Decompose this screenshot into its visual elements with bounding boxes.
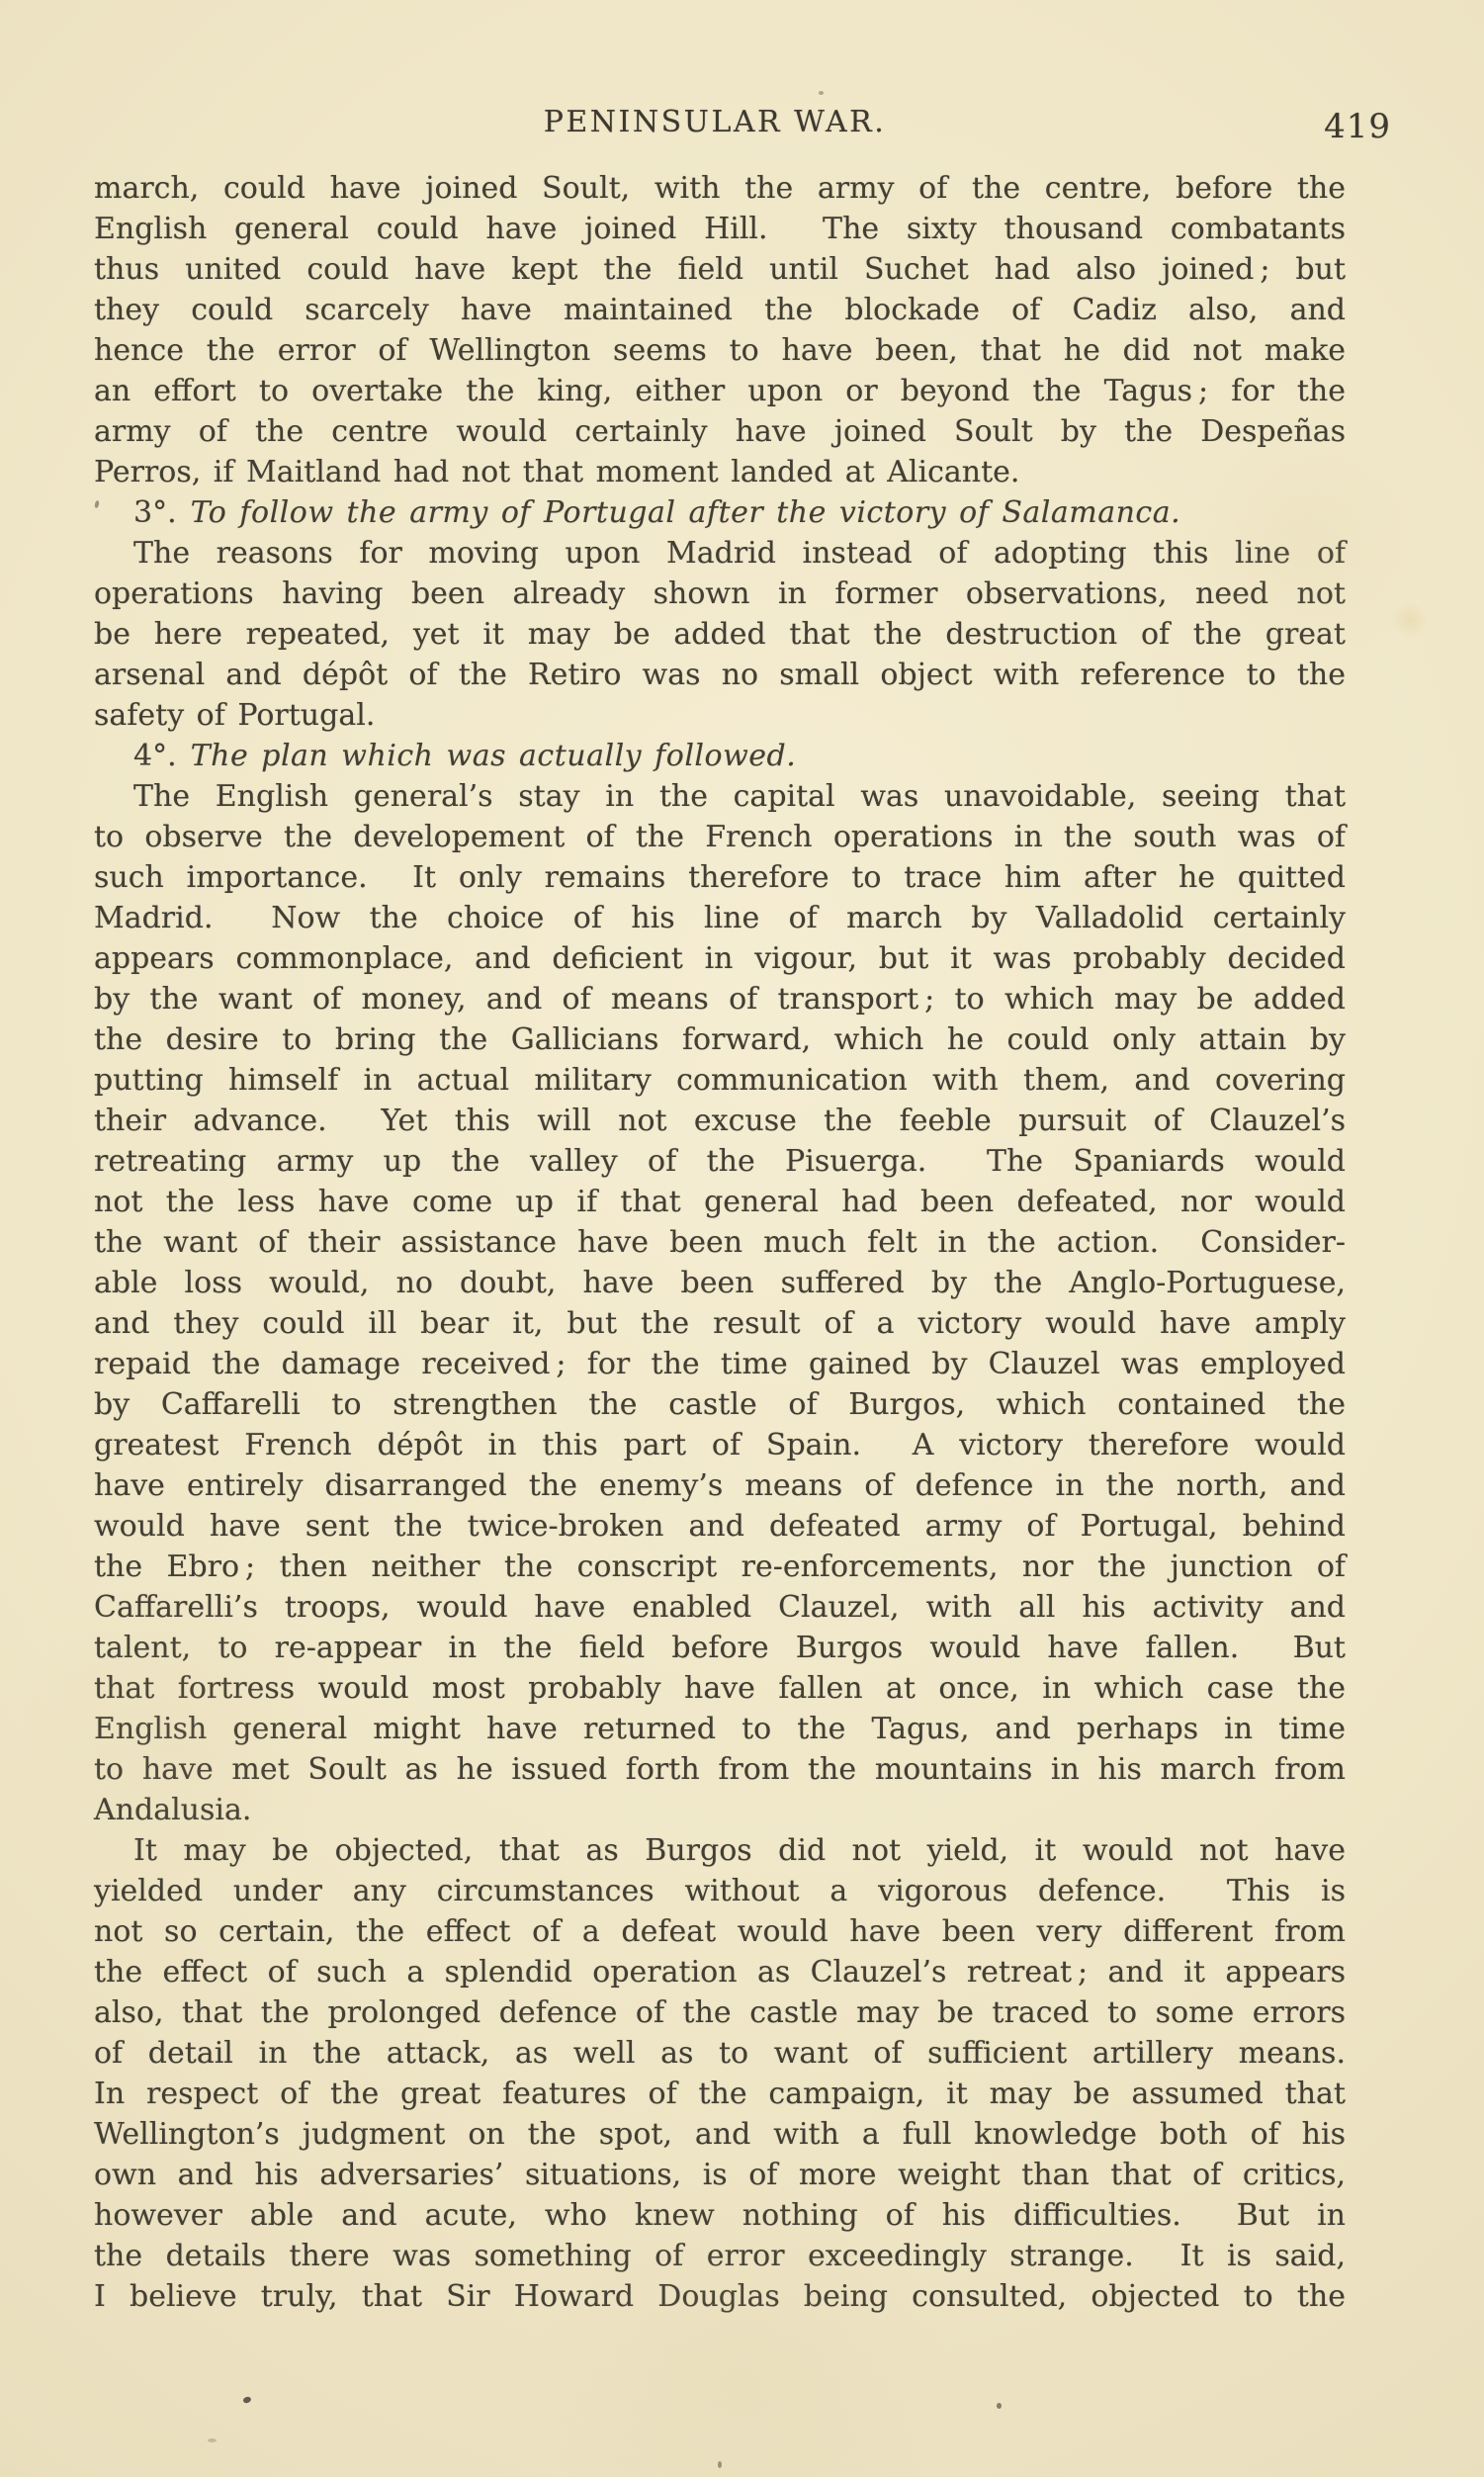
- text-line: own and his adversaries’ situations, is …: [94, 2155, 1346, 2195]
- heading-text: The plan which was actually followed.: [191, 739, 797, 773]
- page-title: PENINSULAR WAR.: [94, 105, 1336, 139]
- page-body: march, could have joined Soult, with the…: [94, 168, 1346, 2317]
- paper-speck: [208, 2438, 217, 2442]
- text-line: have entirely disarranged the enemy’s me…: [94, 1465, 1346, 1506]
- text-line: I believe truly, that Sir Howard Douglas…: [94, 2276, 1346, 2317]
- text-line: repaid the damage received ; for the tim…: [94, 1344, 1346, 1384]
- text-line: In respect of the great features of the …: [94, 2074, 1346, 2114]
- text-line: appears commonplace, and deficient in vi…: [94, 938, 1346, 979]
- text-line: march, could have joined Soult, with the…: [94, 168, 1346, 209]
- book-page-scan: PENINSULAR WAR. 419 march, could have jo…: [0, 0, 1484, 2477]
- paper-speck: [718, 2461, 722, 2468]
- text-line: putting himself in actual military commu…: [94, 1060, 1346, 1101]
- text-line: English general might have returned to t…: [94, 1709, 1346, 1749]
- text-line: the effect of such a splendid operation …: [94, 1952, 1346, 1992]
- text-line: by Caffarelli to strengthen the castle o…: [94, 1384, 1346, 1425]
- heading-line: 4°.The plan which was actually followed.: [94, 736, 1346, 776]
- text-line: English general could have joined Hill. …: [94, 209, 1346, 249]
- text-line: Caffarelli’s troops, would have enabled …: [94, 1587, 1346, 1628]
- text-line: that fortress would most probably have f…: [94, 1668, 1346, 1709]
- text-line: such importance. It only remains therefo…: [94, 857, 1346, 898]
- heading-ordinal: 3°.: [133, 495, 177, 530]
- text-line: Madrid. Now the choice of his line of ma…: [94, 898, 1346, 938]
- text-line: the desire to bring the Gallicians forwa…: [94, 1019, 1346, 1060]
- heading-line: 3°.To follow the army of Portugal after …: [94, 492, 1346, 533]
- text-line: the want of their assistance have been m…: [94, 1222, 1346, 1263]
- page-number: 419: [1324, 107, 1391, 146]
- text-line: Wellington’s judgment on the spot, and w…: [94, 2114, 1346, 2155]
- text-line: The English general’s stay in the capita…: [94, 776, 1346, 817]
- text-line: of detail in the attack, as well as to w…: [94, 2033, 1346, 2074]
- text-line: be here repeated, yet it may be added th…: [94, 614, 1346, 655]
- text-line: an effort to overtake the king, either u…: [94, 371, 1346, 411]
- text-line: thus united could have kept the field un…: [94, 249, 1346, 290]
- text-line: It may be objected, that as Burgos did n…: [94, 1830, 1346, 1871]
- text-line: The reasons for moving upon Madrid inste…: [94, 533, 1346, 574]
- text-line: operations having been already shown in …: [94, 574, 1346, 614]
- text-line: not the less have come up if that genera…: [94, 1182, 1346, 1222]
- text-line: talent, to re-appear in the field before…: [94, 1628, 1346, 1668]
- text-line: Andalusia.: [94, 1790, 1346, 1830]
- text-line: their advance. Yet this will not excuse …: [94, 1101, 1346, 1141]
- text-line: not so certain, the effect of a defeat w…: [94, 1911, 1346, 1952]
- text-line: to observe the developement of the Frenc…: [94, 817, 1346, 857]
- text-line: to have met Soult as he issued forth fro…: [94, 1749, 1346, 1790]
- text-line: would have sent the twice-broken and def…: [94, 1506, 1346, 1547]
- text-line: Perros, if Maitland had not that moment …: [94, 452, 1346, 492]
- text-line: and they could ill bear it, but the resu…: [94, 1303, 1346, 1344]
- text-line: hence the error of Wellington seems to h…: [94, 330, 1346, 371]
- heading-ordinal: 4°.: [133, 739, 177, 773]
- paper-speck: [242, 2396, 252, 2405]
- text-line: greatest French dépôt in this part of Sp…: [94, 1425, 1346, 1465]
- text-line: they could scarcely have maintained the …: [94, 290, 1346, 330]
- text-line: the details there was something of error…: [94, 2236, 1346, 2276]
- text-line: arsenal and dépôt of the Retiro was no s…: [94, 655, 1346, 695]
- paper-speck: [997, 2403, 1002, 2409]
- heading-text: To follow the army of Portugal after the…: [191, 495, 1181, 530]
- text-line: however able and acute, who knew nothing…: [94, 2195, 1346, 2236]
- text-line: army of the centre would certainly have …: [94, 411, 1346, 452]
- text-line: able loss would, no doubt, have been suf…: [94, 1263, 1346, 1303]
- text-line: safety of Portugal.: [94, 695, 1346, 736]
- text-block: PENINSULAR WAR. 419 march, could have jo…: [94, 105, 1346, 2317]
- text-line: retreating army up the valley of the Pis…: [94, 1141, 1346, 1182]
- text-line: the Ebro ; then neither the conscript re…: [94, 1547, 1346, 1587]
- running-header: PENINSULAR WAR. 419: [94, 105, 1346, 168]
- text-line: also, that the prolonged defence of the …: [94, 1992, 1346, 2033]
- paper-speck: [819, 91, 824, 95]
- text-line: by the want of money, and of means of tr…: [94, 979, 1346, 1019]
- text-line: yielded under any circumstances without …: [94, 1871, 1346, 1911]
